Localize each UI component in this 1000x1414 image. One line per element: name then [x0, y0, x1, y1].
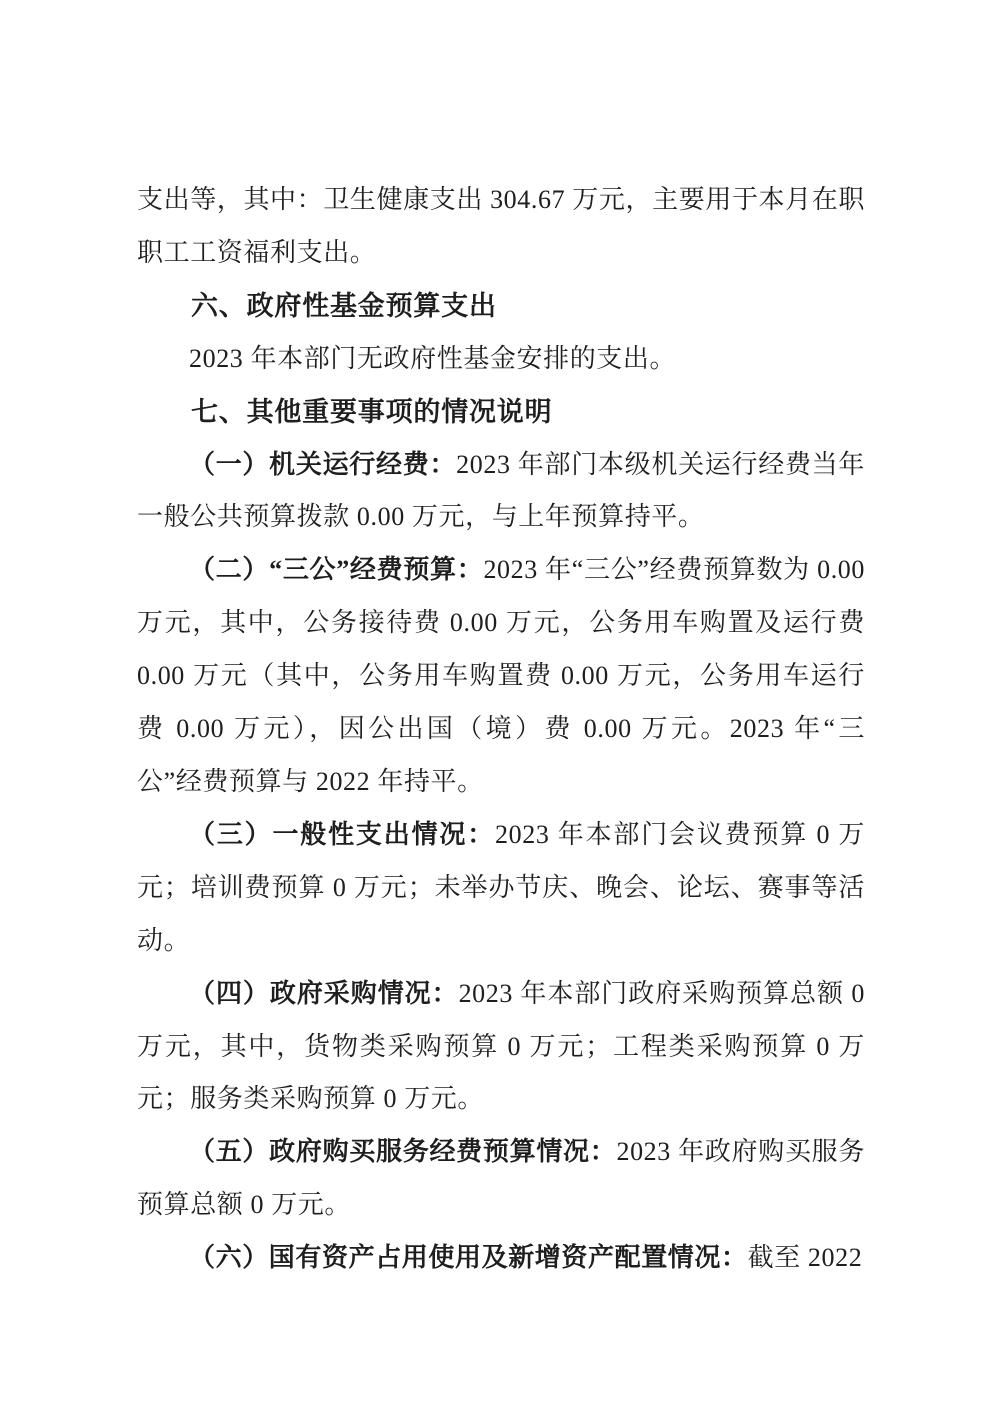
- bold-label: （二）“三公”经费预算：: [189, 555, 483, 584]
- bold-label: 七、其他重要事项的情况说明: [191, 397, 552, 427]
- document-body: 支出等，其中：卫生健康支出 304.67 万元，主要用于本月在职职工工资福利支出…: [137, 174, 865, 1285]
- text-run: 截至 2022: [748, 1243, 863, 1272]
- bold-label: （一）机关运行经费：: [189, 450, 456, 479]
- text-run: 支出等，其中：卫生健康支出 304.67 万元，主要用于本月在职职工工资福利支出…: [137, 185, 865, 267]
- heading-section-7: 七、其他重要事项的情况说明: [137, 386, 865, 439]
- bold-label: （五）政府购买服务经费预算情况：: [189, 1137, 616, 1166]
- paragraph-item-3: （三）一般性支出情况：2023 年本部门会议费预算 0 万元；培训费预算 0 万…: [137, 809, 865, 968]
- paragraph-item-4: （四）政府采购情况：2023 年本部门政府采购预算总额 0 万元，其中，货物类采…: [137, 968, 865, 1127]
- bold-label: （三）一般性支出情况：: [189, 820, 495, 849]
- document-page: 支出等，其中：卫生健康支出 304.67 万元，主要用于本月在职职工工资福利支出…: [0, 0, 1000, 1414]
- paragraph-item-2: （二）“三公”经费预算：2023 年“三公”经费预算数为 0.00 万元，其中，…: [137, 544, 865, 809]
- heading-section-6: 六、政府性基金预算支出: [137, 280, 865, 333]
- bold-label: （六）国有资产占用使用及新增资产配置情况：: [189, 1243, 748, 1272]
- bold-label: （四）政府采购情况：: [189, 979, 459, 1008]
- bold-label: 六、政府性基金预算支出: [191, 291, 497, 321]
- text-run: 2023 年本部门无政府性基金安排的支出。: [189, 344, 676, 373]
- continuation-paragraph: 支出等，其中：卫生健康支出 304.67 万元，主要用于本月在职职工工资福利支出…: [137, 174, 865, 280]
- paragraph-item-1: （一）机关运行经费：2023 年部门本级机关运行经费当年一般公共预算拨款 0.0…: [137, 439, 865, 545]
- paragraph-section-6-body: 2023 年本部门无政府性基金安排的支出。: [137, 333, 865, 386]
- text-run: 2023 年“三公”经费预算数为 0.00 万元，其中，公务接待费 0.00 万…: [137, 555, 865, 796]
- paragraph-item-6: （六）国有资产占用使用及新增资产配置情况：截至 2022: [137, 1232, 865, 1285]
- paragraph-item-5: （五）政府购买服务经费预算情况：2023 年政府购买服务预算总额 0 万元。: [137, 1126, 865, 1232]
